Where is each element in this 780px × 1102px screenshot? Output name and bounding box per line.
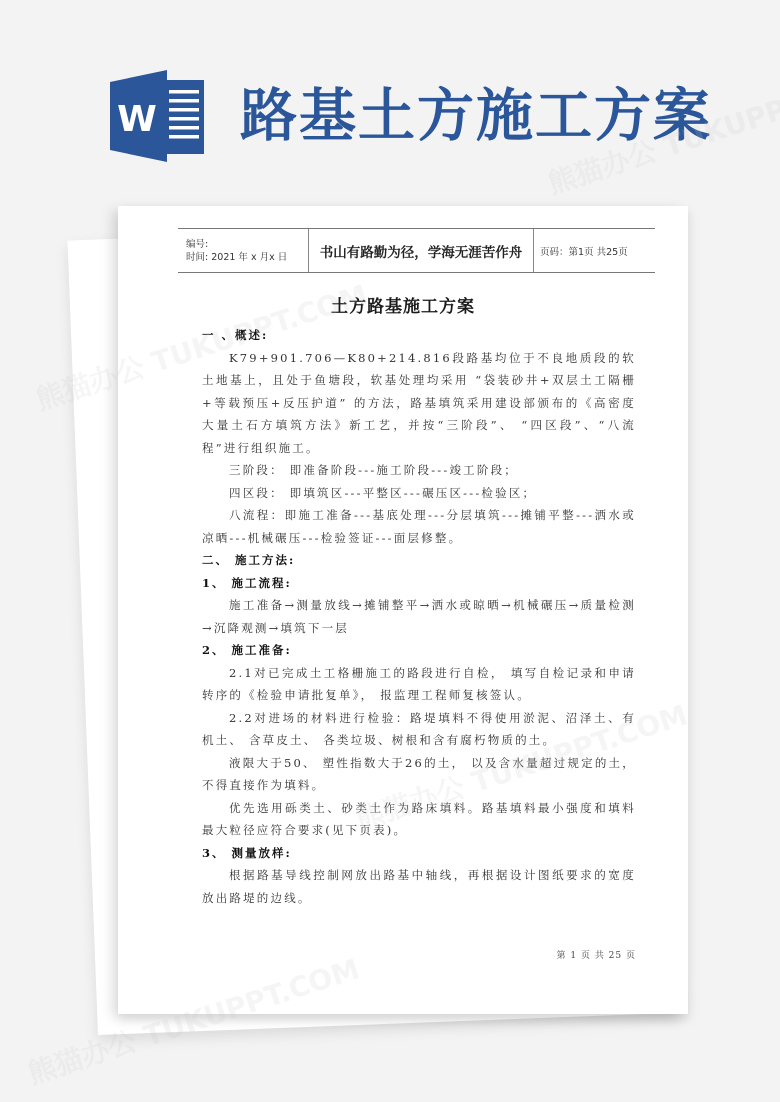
page-footer: 第 1 页 共 25 页 xyxy=(557,948,636,961)
paragraph: 施工准备→测量放线→摊铺整平→洒水或晾晒→机械碾压→质量检测→沉降观测→填筑下一… xyxy=(202,594,636,639)
paragraph: 四区段： 即填筑区---平整区---碾压区---检验区； xyxy=(202,482,636,505)
paragraph: K79+901.706—K80+214.816段路基均位于不良地质段的软土地基上… xyxy=(202,347,636,460)
document-title: 土方路基施工方案 xyxy=(118,292,688,317)
section-heading: 1、 施工流程: xyxy=(202,572,636,595)
paragraph: 八流程：即施工准备---基底处理---分层填筑---摊铺平整---洒水或凉晒--… xyxy=(202,504,636,549)
header-meta-cell: 编号: 时间: 2021 年 x 月x 日 xyxy=(178,229,309,272)
section-heading: 二、 施工方法: xyxy=(202,549,636,572)
number-label: 编号: xyxy=(186,238,308,251)
section-heading: 一 、概述: xyxy=(202,324,636,347)
paragraph: 液限大于50、 塑性指数大于26的土， 以及含水量超过规定的土， 不得直接作为填… xyxy=(202,752,636,797)
document-body: 一 、概述:K79+901.706—K80+214.816段路基均位于不良地质段… xyxy=(202,324,636,909)
document-page: 编号: 时间: 2021 年 x 月x 日 书山有路勤为径，学海无涯苦作舟 页码… xyxy=(118,206,688,1014)
time-value: 2021 年 x 月x 日 xyxy=(211,252,287,263)
header-table: 编号: 时间: 2021 年 x 月x 日 书山有路勤为径，学海无涯苦作舟 页码… xyxy=(178,228,655,273)
paragraph: 2.1对已完成土工格栅施工的路段进行自检， 填写自检记录和申请转序的《检验申请批… xyxy=(202,662,636,707)
word-document-icon: W xyxy=(107,68,207,164)
time-label: 时间: xyxy=(186,252,208,263)
paragraph: 根据路基导线控制网放出路基中轴线，再根据设计图纸要求的宽度放出路堤的边线。 xyxy=(202,864,636,909)
section-heading: 3、 测量放样: xyxy=(202,842,636,865)
header-motto: 书山有路勤为径，学海无涯苦作舟 xyxy=(309,229,534,272)
time-row: 时间: 2021 年 x 月x 日 xyxy=(186,251,308,264)
paragraph: 2.2对进场的材料进行检验：路堤填料不得使用淤泥、沼泽土、有机土、 含草皮土、 … xyxy=(202,707,636,752)
header-page-info: 页码：第1页 共25页 xyxy=(534,229,655,272)
paragraph: 优先选用砾类土、砂类土作为路床填料。路基填料最小强度和填料最大粒径应符合要求(见… xyxy=(202,797,636,842)
banner: W 路基土方施工方案 xyxy=(0,0,780,190)
section-heading: 2、 施工准备: xyxy=(202,639,636,662)
paragraph: 三阶段： 即准备阶段---施工阶段---竣工阶段； xyxy=(202,459,636,482)
banner-title: 路基土方施工方案 xyxy=(240,76,712,156)
svg-text:W: W xyxy=(117,99,157,140)
